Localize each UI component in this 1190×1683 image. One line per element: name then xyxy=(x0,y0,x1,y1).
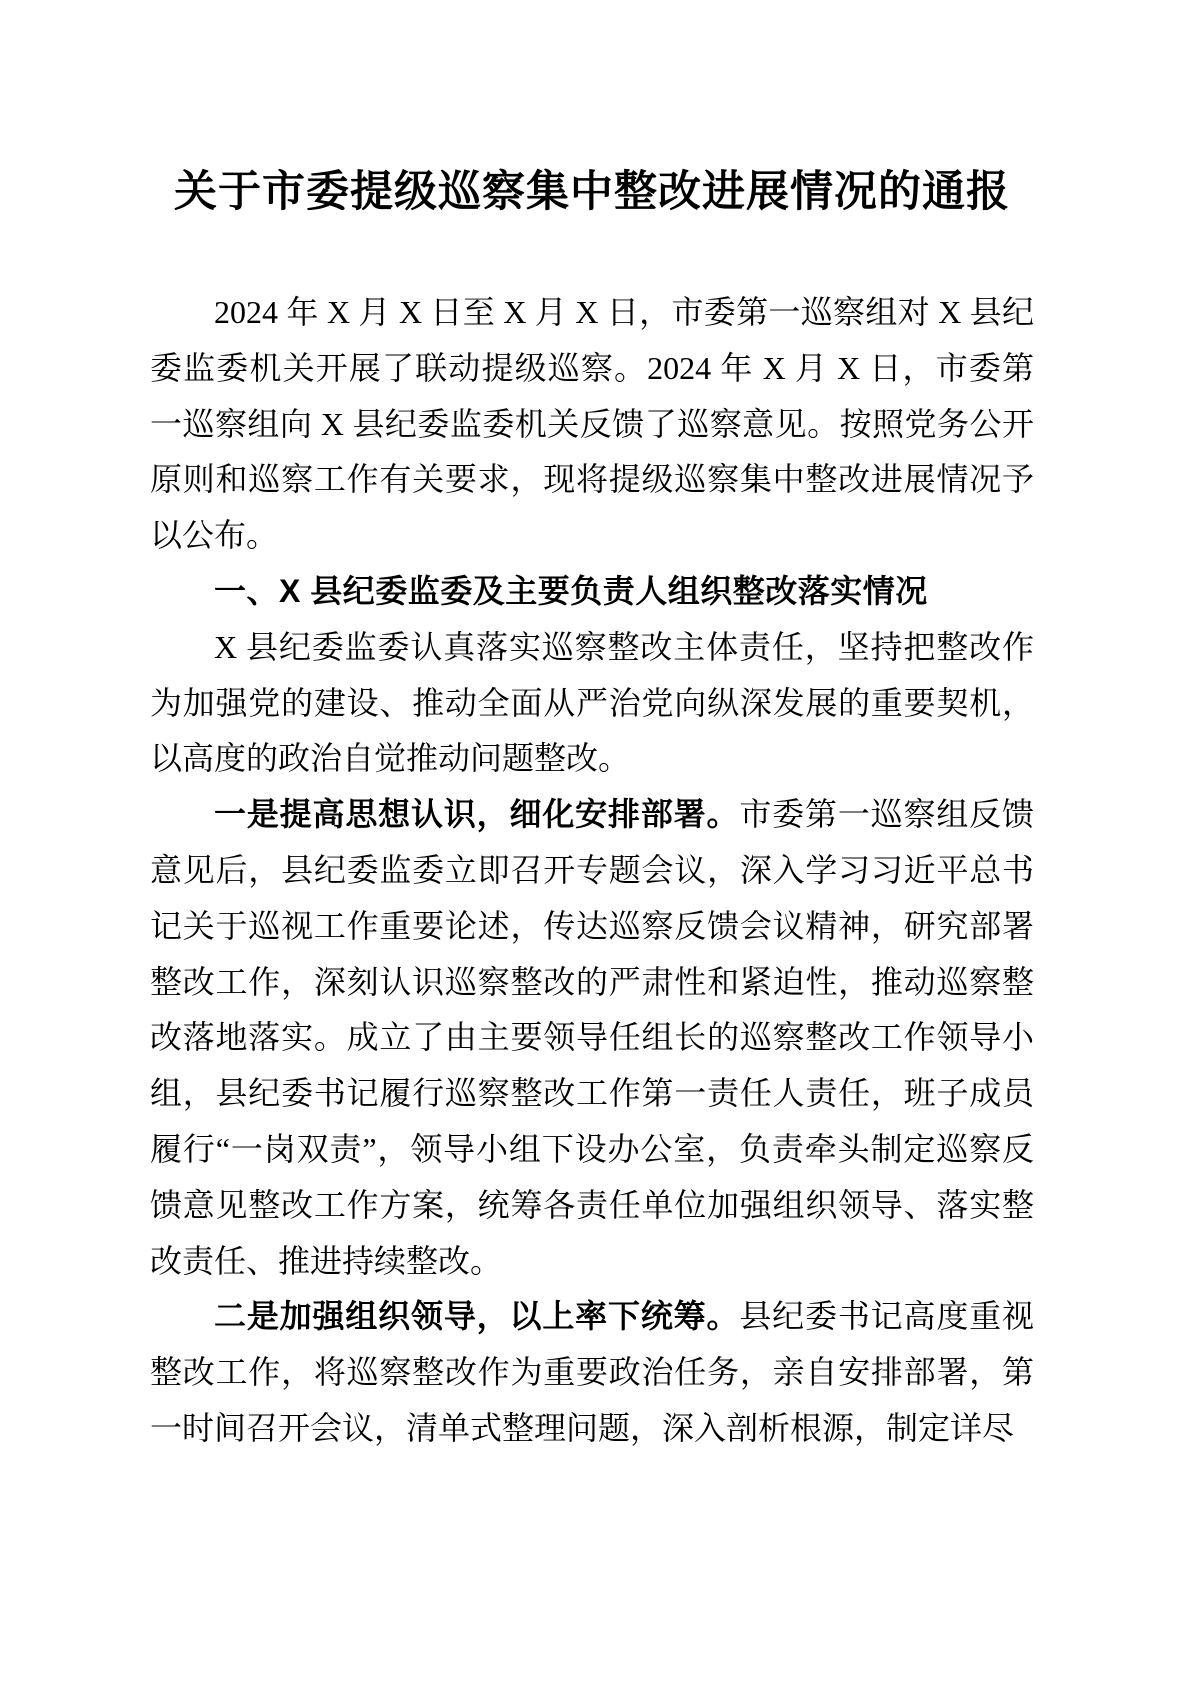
paragraph-point-2: 二是加强组织领导，以上率下统筹。县纪委书记高度重视整改工作，将巡察整改作为重要政… xyxy=(150,1289,1034,1456)
paragraph-point-1-lead: 一是提高思想认识，细化安排部署。 xyxy=(214,796,739,832)
document-content: 关于市委提级巡察集中整改进展情况的通报 2024 年 X 月 X 日至 X 月 … xyxy=(0,0,1190,1683)
paragraph-point-1-body: 市委第一巡察组反馈意见后，县纪委监委立即召开专题会议，深入学习习近平总书记关于巡… xyxy=(150,796,1034,1278)
paragraph-section-overview: X 县纪委监委认真落实巡察整改主体责任，坚持把整改作为加强党的建设、推动全面从严… xyxy=(150,620,1034,787)
paragraph-intro: 2024 年 X 月 X 日至 X 月 X 日，市委第一巡察组对 X 县纪委监委… xyxy=(150,285,1034,564)
section-heading-1: 一、X 县纪委监委及主要负责人组织整改落实情况 xyxy=(150,564,1034,620)
paragraph-point-1: 一是提高思想认识，细化安排部署。市委第一巡察组反馈意见后，县纪委监委立即召开专题… xyxy=(150,787,1034,1289)
document-page: 关于市委提级巡察集中整改进展情况的通报 2024 年 X 月 X 日至 X 月 … xyxy=(0,0,1190,1683)
document-title: 关于市委提级巡察集中整改进展情况的通报 xyxy=(150,163,1034,223)
paragraph-point-2-lead: 二是加强组织领导，以上率下统筹。 xyxy=(214,1298,739,1334)
